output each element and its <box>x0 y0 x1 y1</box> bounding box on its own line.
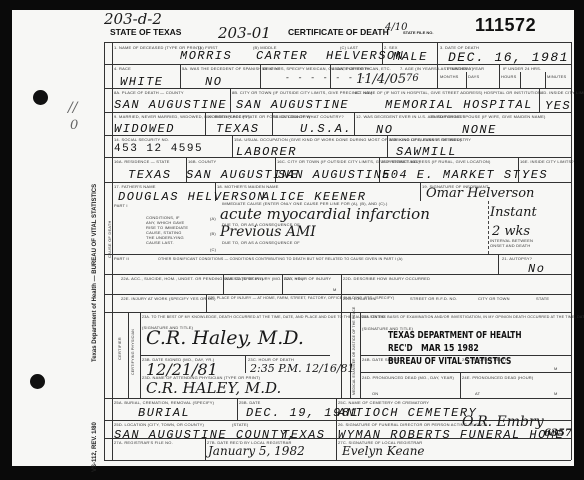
interval-label: Interval between onset and death <box>490 238 535 248</box>
me-side-label: Medical Examiner or Justice of the Peace <box>352 307 357 395</box>
marital-value: WIDOWED <box>114 122 175 136</box>
spouse-label: 13. SURVIVING SPOUSE (If wife, give maid… <box>430 114 546 119</box>
minutes-label: Minutes <box>547 74 566 79</box>
physician-signature[interactable]: C.R. Haley, M.D. <box>146 327 304 349</box>
state-heading: STATE OF TEXAS <box>110 27 181 37</box>
handwritten-ref: 203-d-2 <box>104 10 162 28</box>
injury-hour-suffix: M <box>333 287 337 292</box>
agency-side-label: Texas Department of Health — BUREAU OF V… <box>92 184 98 362</box>
dob-value: 11/4/05 <box>356 72 406 87</box>
cause-b-interval: 2 wks <box>492 224 530 239</box>
cause-b-value: Previous AMI <box>220 224 316 240</box>
hour-of-death-value: 2:35 P.M. 12/16/81 <box>250 362 355 375</box>
death-county-value: SAN AUGUSTINE <box>114 98 227 112</box>
business-value: SAWMILL <box>396 145 457 159</box>
injury-street-label: STREET OR R.F.D. NO. <box>410 296 457 301</box>
autopsy-label: 21. AUTOPSY? <box>502 256 532 261</box>
form-revision: VS-112, REV. 1/80 <box>92 422 98 472</box>
me-hour-suffix: M <box>554 366 558 371</box>
cause-a-value: acute myocardial infarction <box>220 205 430 223</box>
margin-mark: 0 <box>70 118 78 133</box>
cause-b-label: (b) <box>210 231 216 236</box>
age-value: 76 <box>406 73 419 84</box>
death-inside-city-value: YES <box>545 99 571 113</box>
ssn-value: 453 12 4595 <box>114 143 203 155</box>
disposition-location-label: 25d. LOCATION (City, town, or county) <box>114 422 204 427</box>
other-conditions-label: OTHER SIGNIFICANT CONDITIONS — CONDITION… <box>158 257 403 262</box>
business-label: 15b. KIND OF BUSINESS OR INDUSTRY <box>389 137 471 142</box>
residence-inside-city-label: 16e. INSIDE CITY LIMITS? <box>520 159 574 164</box>
hours-label: Hours <box>501 74 516 79</box>
spouse-value: NONE <box>462 123 497 137</box>
middle-name-value: CARTER <box>256 49 308 63</box>
disposition-method-label: 25a. BURIAL, CREMATION, REMOVAL (Specify… <box>114 400 214 405</box>
residence-county-label: 16b. COUNTY <box>188 159 216 164</box>
margin-mark: // <box>68 100 77 116</box>
conditions-label: Conditions, if any, which gave rise to i… <box>146 215 190 245</box>
sex-value: MALE <box>393 50 428 64</box>
death-city-value: SAN AUGUSTINE <box>236 98 349 112</box>
father-label: 17. FATHER'S NAME <box>114 184 156 189</box>
punch-hole <box>30 374 45 389</box>
registrar-file-label: 27a. REGISTRAR'S FILE NO. <box>114 440 173 445</box>
cemetery-value: ANTIOCH CEMETERY <box>338 406 477 420</box>
dob-label: 6. DATE OF BIRTH <box>332 66 370 71</box>
residence-street-value: 504 E. MARKET ST. <box>382 168 530 182</box>
death-county-label: 8a. PLACE OF DEATH — COUNTY <box>114 90 184 95</box>
race-value: WHITE <box>120 75 164 89</box>
injury-state-label: STATE <box>536 296 549 301</box>
injury-describe-label: 22d. DESCRIBE HOW INJURY OCCURRED <box>343 276 430 281</box>
informant-signature[interactable]: Omar Helverson <box>426 186 534 201</box>
disposition-state-label: (State) <box>232 422 248 427</box>
residence-street-label: 16d. STREET ADDRESS (If rural, give loca… <box>381 159 491 164</box>
pronounced-date-label: 24d. PRONOUNCED DEAD (Mo., Day, Year) <box>362 375 454 380</box>
attending-physician-value: C.R. HALEY, M.D. <box>146 379 281 397</box>
days-label: Days <box>468 74 479 79</box>
due-to-c-label: DUE TO, OR AS A CONSEQUENCE OF <box>222 240 300 245</box>
pronounced-hour-label: 24e. PRONOUNCED DEAD (Hour) <box>462 375 533 380</box>
registrar-signature[interactable]: Evelyn Keane <box>342 444 425 458</box>
certificate-title: CERTIFICATE OF DEATH <box>288 27 389 37</box>
disposition-method-value: BURIAL <box>138 406 190 420</box>
pronounced-hour-prefix: AT <box>475 391 480 396</box>
citizen-label: 11. CITIZEN OF WHAT COUNTRY? <box>274 114 344 119</box>
stamp-line-1: TEXAS DEPARTMENT OF HEALTH <box>388 330 522 341</box>
date-received-value: January 5, 1982 <box>208 444 305 458</box>
under-1-year-label: IF UNDER 1 YEAR <box>447 66 484 71</box>
injury-location-label: 22g. LOCATION <box>343 296 376 301</box>
injury-hour-label: 22c. HOUR OF INJURY <box>284 276 331 281</box>
residence-state-label: 16a. RESIDENCE — STATE <box>114 159 170 164</box>
stamp-received-date: MAR 15 1982 <box>421 343 479 354</box>
under-24-hours-label: IF UNDER 24 HRS. <box>503 66 541 71</box>
cemetery-label: 25c. NAME OF CEMETERY OR CREMATORY <box>338 400 429 405</box>
certifier-side-label: CERTIFIER <box>117 337 122 360</box>
injury-city-label: CITY OR TOWN <box>478 296 510 301</box>
residence-state-value: TEXAS <box>128 168 172 182</box>
race-label: 4. RACE <box>114 66 131 71</box>
stamp-received-prefix: REC'D <box>388 343 413 354</box>
cause-a-label: (a) <box>210 216 216 221</box>
physician-side-label: Certifying Physician <box>131 329 136 375</box>
handwritten-ref: 203-01 <box>218 24 271 42</box>
death-city-label: 8b. CITY OR TOWN (If outside city limits… <box>232 90 372 95</box>
spanish-origin-value: NO <box>205 75 222 89</box>
hospital-value: MEMORIAL HOSPITAL <box>385 98 533 112</box>
citizen-value: U.S.A. <box>300 122 352 136</box>
months-label: Months <box>440 74 459 79</box>
hospital-label: 8c. NAME OF (If not in hospital, give st… <box>355 90 541 95</box>
certification-text: 23a. To the best of my knowledge, death … <box>142 315 386 320</box>
injury-at-work-label: 22e. INJURY AT WORK (Specify yes or no) <box>121 296 216 301</box>
cause-c-label: (c) <box>210 247 216 252</box>
cause-side-label: CAUSE OF DEATH <box>107 220 112 258</box>
part2-label: PART II <box>114 256 129 261</box>
armed-forces-value: NO <box>376 123 393 137</box>
mother-label: 18. MOTHER'S MAIDEN NAME <box>217 184 279 189</box>
autopsy-value: No <box>528 262 545 276</box>
cause-a-interval: Instant <box>490 205 537 220</box>
occupation-value: LABORER <box>236 145 297 159</box>
death-inside-city-label: 8d. INSIDE CITY LIMITS? <box>541 90 584 95</box>
pronounced-date-prefix: ON <box>372 391 378 396</box>
spanish-specify-value: - - - - - - - <box>285 74 367 83</box>
first-name-value: MORRIS <box>180 49 232 63</box>
birthplace-value: TEXAS <box>216 122 260 136</box>
date-of-death-value: DEC. 16, 1981 <box>448 50 569 65</box>
me-certification-text: 24a. On the basis of examination and/or … <box>362 315 584 320</box>
funeral-license-number: 6357 <box>544 428 572 439</box>
ssn-label: 14. SOCIAL SECURITY NO. <box>114 137 169 142</box>
part1-label: PART I <box>114 203 128 208</box>
pronounced-hour-suffix: M <box>554 391 558 396</box>
stamp-line-3: BUREAU OF VITAL STATISTICS <box>388 356 511 367</box>
residence-inside-city-value: YES <box>522 168 548 182</box>
disposition-date-label: 25b. DATE <box>239 400 261 405</box>
state-file-number: 111572 <box>475 15 536 36</box>
spanish-specify-label: 5b. IF YES, SPECIFY MEXICAN, CUBAN, PUER… <box>262 66 391 71</box>
state-file-label: STATE FILE NO. <box>403 30 434 35</box>
punch-hole <box>33 90 48 105</box>
residence-city-value: SAN AUGUSTINE <box>278 168 391 182</box>
funeral-director-signature[interactable]: O.R. Embry <box>462 414 544 430</box>
